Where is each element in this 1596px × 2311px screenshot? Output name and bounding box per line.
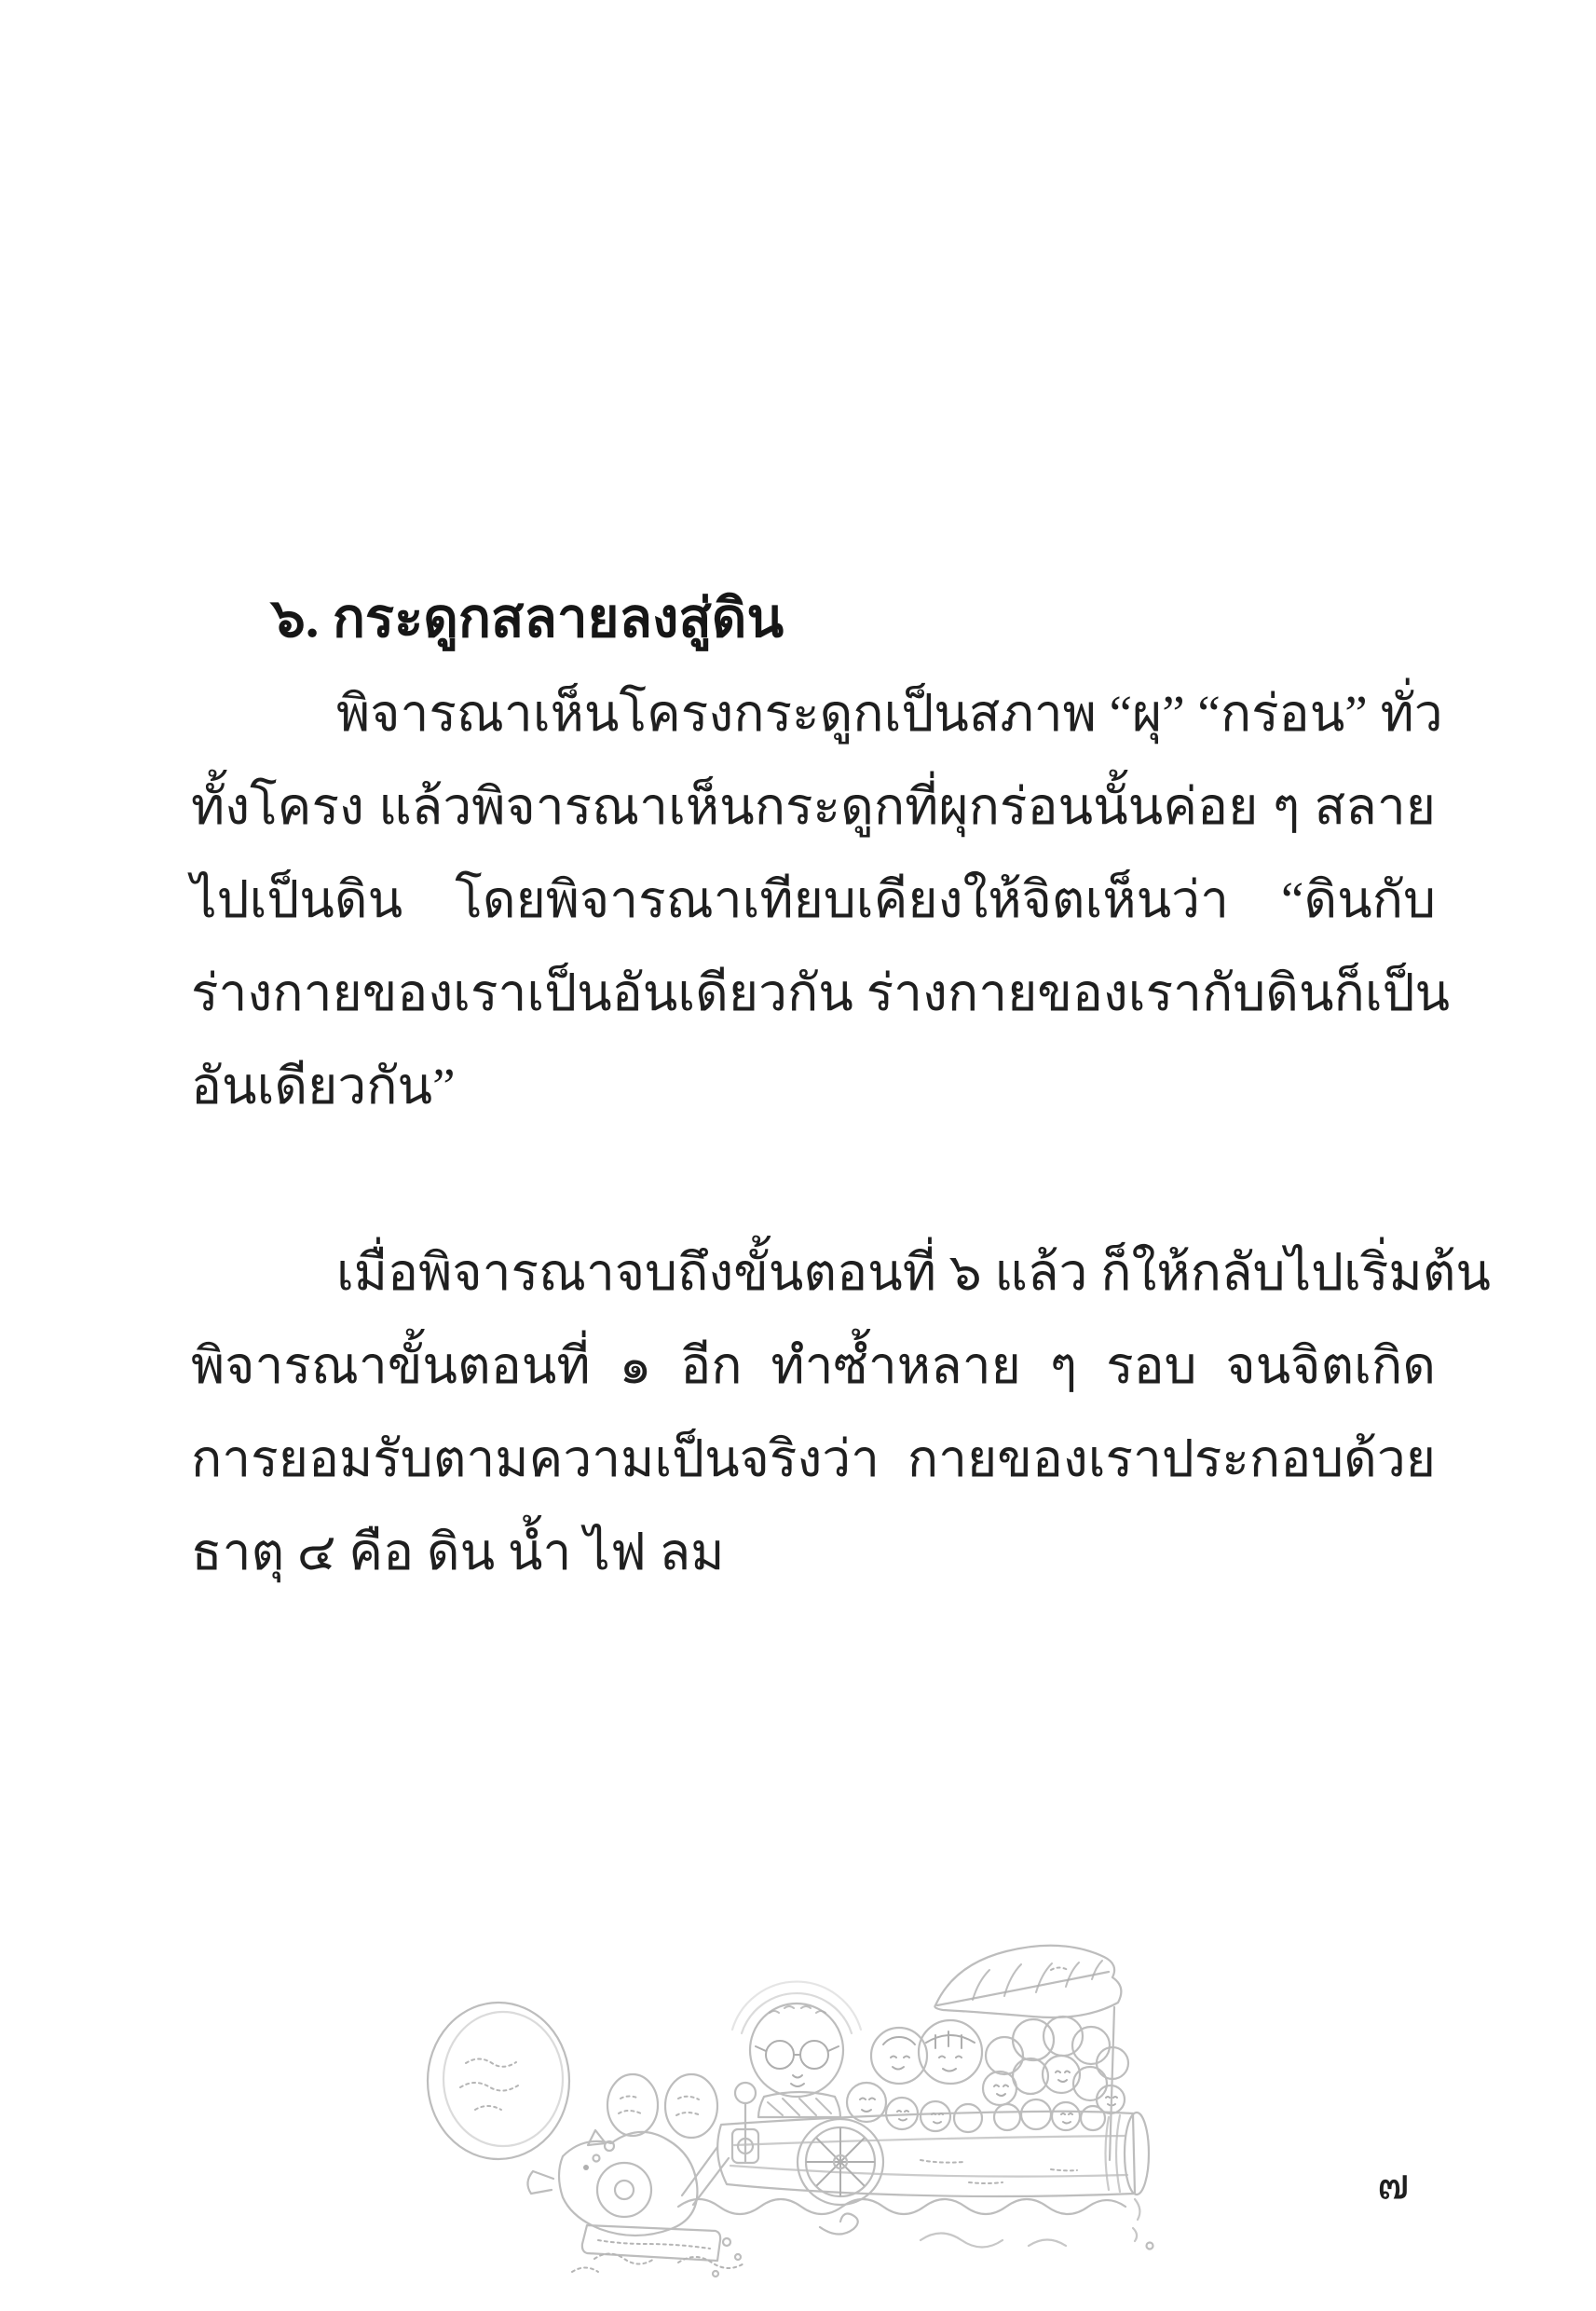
page-number: ๗: [1377, 2158, 1410, 2210]
water-waves: [572, 2199, 1153, 2277]
boat-log: [717, 2112, 1149, 2196]
passengers-crowd: [983, 2017, 1128, 2130]
text-line: พิจารณาเห็นโครงกระดูกเป็นสภาพ “ผุ” “กร่อ…: [191, 667, 1436, 760]
creature: [527, 2130, 697, 2236]
document-page: ๖. กระดูกสลายลงสู่ดิน พิจารณาเห็นโครงกระ…: [0, 0, 1596, 2311]
monk: [732, 1982, 861, 2117]
section-heading: ๖. กระดูกสลายลงสู่ดิน: [191, 570, 1436, 667]
text-line: ทั้งโครง แล้วพิจารณาเห็นกระดูกที่ผุกร่อน…: [191, 760, 1436, 854]
paragraph-gap: [191, 1133, 1436, 1226]
speech-bubble-small-2: [665, 2074, 717, 2138]
speech-bubble-large: [428, 2003, 569, 2159]
boat-cart-sketch-illustration: [399, 1916, 1183, 2292]
text-line: ร่างกายของเราเป็นอันเดียวกัน ร่างกายของเ…: [191, 947, 1436, 1040]
speech-bubble-small-1: [607, 2074, 658, 2136]
text-block: ๖. กระดูกสลายลงสู่ดิน พิจารณาเห็นโครงกระ…: [191, 570, 1436, 1599]
text-line: ไปเป็นดิน โดยพิจารณาเทียบเคียงให้จิตเห็น…: [191, 854, 1436, 947]
text-line: อันเดียวกัน”: [191, 1040, 1436, 1133]
text-line: พิจารณาขั้นตอนที่ ๑ อีก ทำซ้ำหลาย ๆ รอบ …: [191, 1320, 1436, 1413]
text-line: เมื่อพิจารณาจบถึงขั้นตอนที่ ๖ แล้ว ก็ให้…: [191, 1226, 1436, 1320]
text-line: ธาตุ ๔ คือ ดิน น้ำ ไฟ ลม: [191, 1506, 1436, 1599]
text-line: การยอมรับตามความเป็นจริงว่า กายของเราประ…: [191, 1413, 1436, 1506]
wheel: [798, 2119, 883, 2205]
